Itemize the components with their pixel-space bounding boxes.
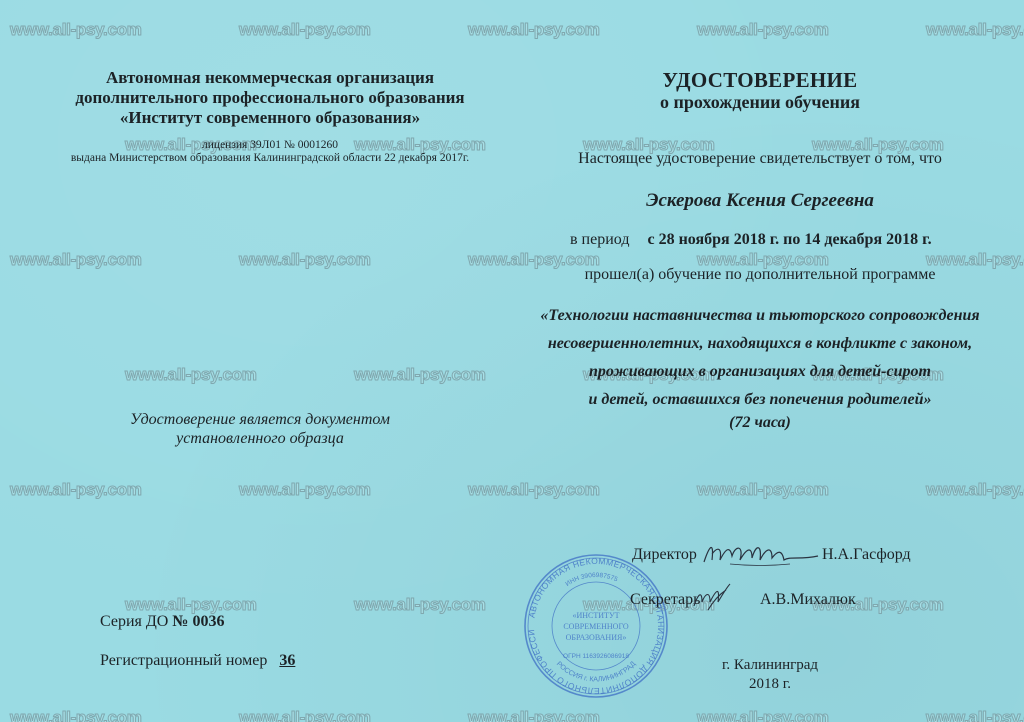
- series-value: № 0036: [172, 613, 224, 630]
- reg-value: 36: [271, 652, 305, 670]
- director-label: Директор: [632, 546, 697, 564]
- period-label: в период: [570, 231, 629, 248]
- license-number: лицензия 39Л01 № 0001260: [40, 139, 500, 151]
- issue-year: 2018 г.: [680, 676, 860, 693]
- license-issued-by: выдана Министерством образования Калинин…: [20, 152, 520, 164]
- certificate-title: УДОСТОВЕРЕНИЕ: [520, 68, 1000, 93]
- note-line: Удостоверение является документом: [80, 410, 440, 429]
- certificate-subtitle: о прохождении обучения: [520, 92, 1000, 113]
- registration-number: Регистрационный номер 36: [100, 652, 305, 670]
- director-signature-icon: [700, 536, 820, 574]
- series-number: Серия ДО № 0036: [100, 613, 224, 631]
- svg-text:ОГРН 1163926086918: ОГРН 1163926086918: [563, 653, 629, 660]
- director-name: Н.А.Гасфорд: [822, 546, 911, 564]
- note-line: установленного образца: [80, 429, 440, 448]
- recipient-name: Эскерова Ксения Сергеевна: [520, 190, 1000, 212]
- series-label: Серия ДО: [100, 613, 172, 630]
- program-line: и детей, оставшихся без попечения родите…: [520, 386, 1000, 414]
- svg-text:ОБРАЗОВАНИЯ»: ОБРАЗОВАНИЯ»: [566, 633, 627, 642]
- completed-text: прошел(а) обучение по дополнительной про…: [520, 266, 1000, 284]
- program-title: «Технологии наставничества и тьюторского…: [520, 302, 1000, 414]
- issuer-line: «Институт современного образования»: [40, 108, 500, 128]
- issue-city: г. Калининград: [680, 657, 860, 674]
- svg-text:ИНН 3906987575: ИНН 3906987575: [564, 572, 619, 588]
- issuer-line: Автономная некоммерческая организация: [40, 68, 500, 88]
- certifies-text: Настоящее удостоверение свидетельствует …: [520, 150, 1000, 168]
- program-line: несовершеннолетних, находящихся в конфли…: [520, 330, 1000, 358]
- issuer-line: дополнительного профессионального образо…: [40, 88, 500, 108]
- reg-label: Регистрационный номер: [100, 652, 271, 669]
- issuer-organization: Автономная некоммерческая организация до…: [40, 68, 500, 128]
- program-hours: (72 часа): [520, 414, 1000, 432]
- official-document-note: Удостоверение является документом устано…: [80, 410, 440, 448]
- svg-text:«ИНСТИТУТ: «ИНСТИТУТ: [573, 611, 620, 620]
- secretary-name: А.В.Михалюк: [760, 591, 856, 609]
- program-line: проживающих в организациях для детей-сир…: [520, 358, 1000, 386]
- period-dates: с 28 ноября 2018 г. по 14 декабря 2018 г…: [647, 231, 931, 248]
- official-stamp-icon: АВТОНОМНАЯ НЕКОММЕРЧЕСКАЯ ОРГАНИЗАЦИЯ ДО…: [522, 552, 670, 700]
- training-period: в периодс 28 ноября 2018 г. по 14 декабр…: [570, 231, 932, 249]
- program-line: «Технологии наставничества и тьюторского…: [520, 302, 1000, 330]
- svg-text:СОВРЕМЕННОГО: СОВРЕМЕННОГО: [563, 622, 629, 631]
- secretary-signature-icon: [690, 580, 734, 614]
